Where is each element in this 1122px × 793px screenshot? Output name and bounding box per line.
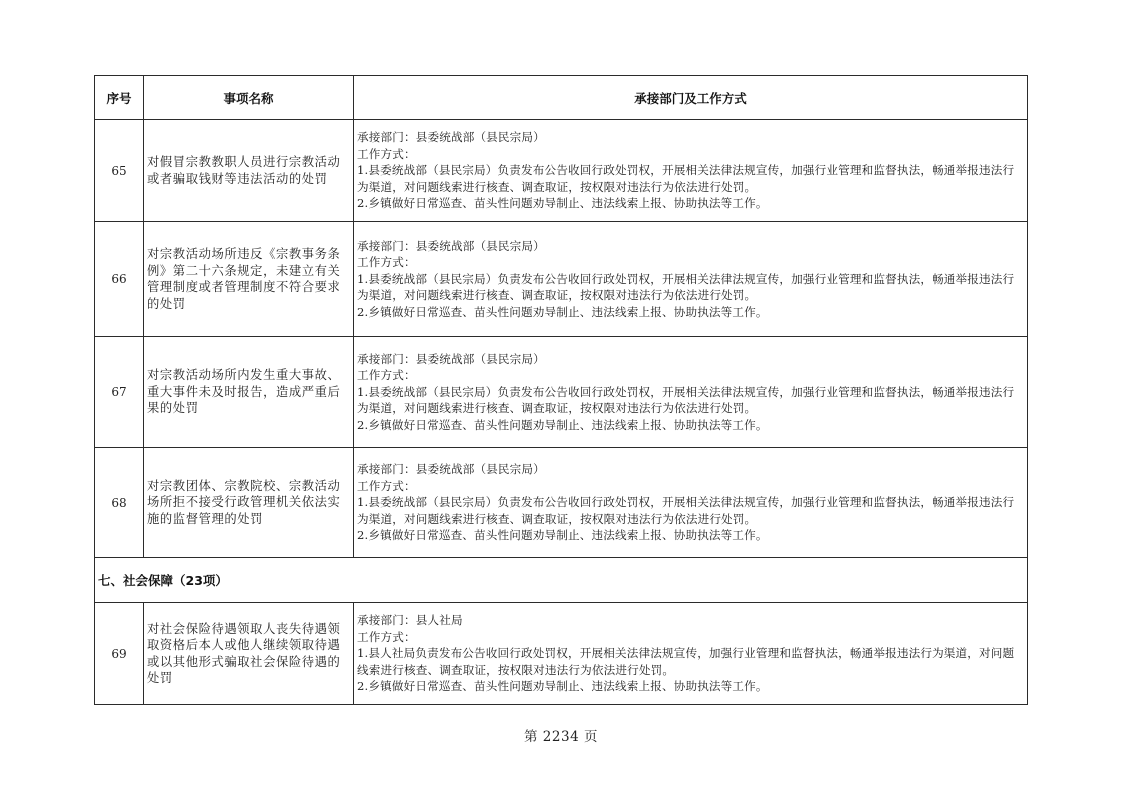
table-row: 68 对宗教团体、宗教院校、宗教活动场所拒不接受行政管理机关依法实施的监督管理的… xyxy=(95,448,1028,558)
table-header-row: 序号 事项名称 承接部门及工作方式 xyxy=(95,76,1028,120)
method-label: 工作方式： xyxy=(357,478,1024,495)
department-method: 承接部门：县人社局 工作方式： 1.县人社局负责发布公告收回行政处罚权，开展相关… xyxy=(354,603,1028,705)
table-row: 67 对宗教活动场所内发生重大事故、重大事件未及时报告，造成严重后果的处罚 承接… xyxy=(95,337,1028,448)
department-method: 承接部门：县委统战部（县民宗局） 工作方式： 1.县委统战部（县民宗局）负责发布… xyxy=(354,120,1028,222)
method-step-2: 2.乡镇做好日常巡查、苗头性问题劝导制止、违法线索上报、协助执法等工作。 xyxy=(357,678,1024,695)
section-title: 七、社会保障（23项） xyxy=(95,558,1028,603)
header-serial-number: 序号 xyxy=(95,76,144,120)
header-department-method: 承接部门及工作方式 xyxy=(354,76,1028,120)
method-label: 工作方式： xyxy=(357,254,1024,271)
department-line: 承接部门：县委统战部（县民宗局） xyxy=(357,238,1024,255)
page-number: 第 2234 页 xyxy=(0,725,1122,745)
matter-name: 对社会保险待遇领取人丧失待遇领取资格后本人或他人继续领取待遇或以其他形式骗取社会… xyxy=(144,603,354,705)
section-header-row: 七、社会保障（23项） xyxy=(95,558,1028,603)
method-step-2: 2.乡镇做好日常巡查、苗头性问题劝导制止、违法线索上报、协助执法等工作。 xyxy=(357,304,1024,321)
method-step-2: 2.乡镇做好日常巡查、苗头性问题劝导制止、违法线索上报、协助执法等工作。 xyxy=(357,195,1024,212)
matters-table: 序号 事项名称 承接部门及工作方式 65 对假冒宗教教职人员进行宗教活动或者骗取… xyxy=(94,75,1028,705)
method-step-2: 2.乡镇做好日常巡查、苗头性问题劝导制止、违法线索上报、协助执法等工作。 xyxy=(357,417,1024,434)
department-method: 承接部门：县委统战部（县民宗局） 工作方式： 1.县委统战部（县民宗局）负责发布… xyxy=(354,448,1028,558)
matter-name: 对宗教团体、宗教院校、宗教活动场所拒不接受行政管理机关依法实施的监督管理的处罚 xyxy=(144,448,354,558)
department-method: 承接部门：县委统战部（县民宗局） 工作方式： 1.县委统战部（县民宗局）负责发布… xyxy=(354,337,1028,448)
method-step-1: 1.县委统战部（县民宗局）负责发布公告收回行政处罚权，开展相关法律法规宣传，加强… xyxy=(357,271,1024,304)
method-label: 工作方式： xyxy=(357,367,1024,384)
matter-name: 对宗教活动场所违反《宗教事务条例》第二十六条规定，未建立有关管理制度或者管理制度… xyxy=(144,222,354,337)
row-number: 68 xyxy=(95,448,144,558)
table-row: 69 对社会保险待遇领取人丧失待遇领取资格后本人或他人继续领取待遇或以其他形式骗… xyxy=(95,603,1028,705)
matter-name: 对假冒宗教教职人员进行宗教活动或者骗取钱财等违法活动的处罚 xyxy=(144,120,354,222)
matter-name: 对宗教活动场所内发生重大事故、重大事件未及时报告，造成严重后果的处罚 xyxy=(144,337,354,448)
row-number: 66 xyxy=(95,222,144,337)
method-step-1: 1.县人社局负责发布公告收回行政处罚权，开展相关法律法规宣传，加强行业管理和监督… xyxy=(357,645,1024,678)
method-step-1: 1.县委统战部（县民宗局）负责发布公告收回行政处罚权，开展相关法律法规宣传，加强… xyxy=(357,162,1024,195)
row-number: 65 xyxy=(95,120,144,222)
department-line: 承接部门：县委统战部（县民宗局） xyxy=(357,351,1024,368)
table-row: 65 对假冒宗教教职人员进行宗教活动或者骗取钱财等违法活动的处罚 承接部门：县委… xyxy=(95,120,1028,222)
method-label: 工作方式： xyxy=(357,146,1024,163)
method-step-1: 1.县委统战部（县民宗局）负责发布公告收回行政处罚权，开展相关法律法规宣传，加强… xyxy=(357,384,1024,417)
department-method: 承接部门：县委统战部（县民宗局） 工作方式： 1.县委统战部（县民宗局）负责发布… xyxy=(354,222,1028,337)
row-number: 69 xyxy=(95,603,144,705)
method-step-2: 2.乡镇做好日常巡查、苗头性问题劝导制止、违法线索上报、协助执法等工作。 xyxy=(357,527,1024,544)
method-step-1: 1.县委统战部（县民宗局）负责发布公告收回行政处罚权，开展相关法律法规宣传，加强… xyxy=(357,494,1024,527)
method-label: 工作方式： xyxy=(357,629,1024,646)
department-line: 承接部门：县委统战部（县民宗局） xyxy=(357,129,1024,146)
table-row: 66 对宗教活动场所违反《宗教事务条例》第二十六条规定，未建立有关管理制度或者管… xyxy=(95,222,1028,337)
department-line: 承接部门：县委统战部（县民宗局） xyxy=(357,461,1024,478)
row-number: 67 xyxy=(95,337,144,448)
department-line: 承接部门：县人社局 xyxy=(357,612,1024,629)
header-matter-name: 事项名称 xyxy=(144,76,354,120)
